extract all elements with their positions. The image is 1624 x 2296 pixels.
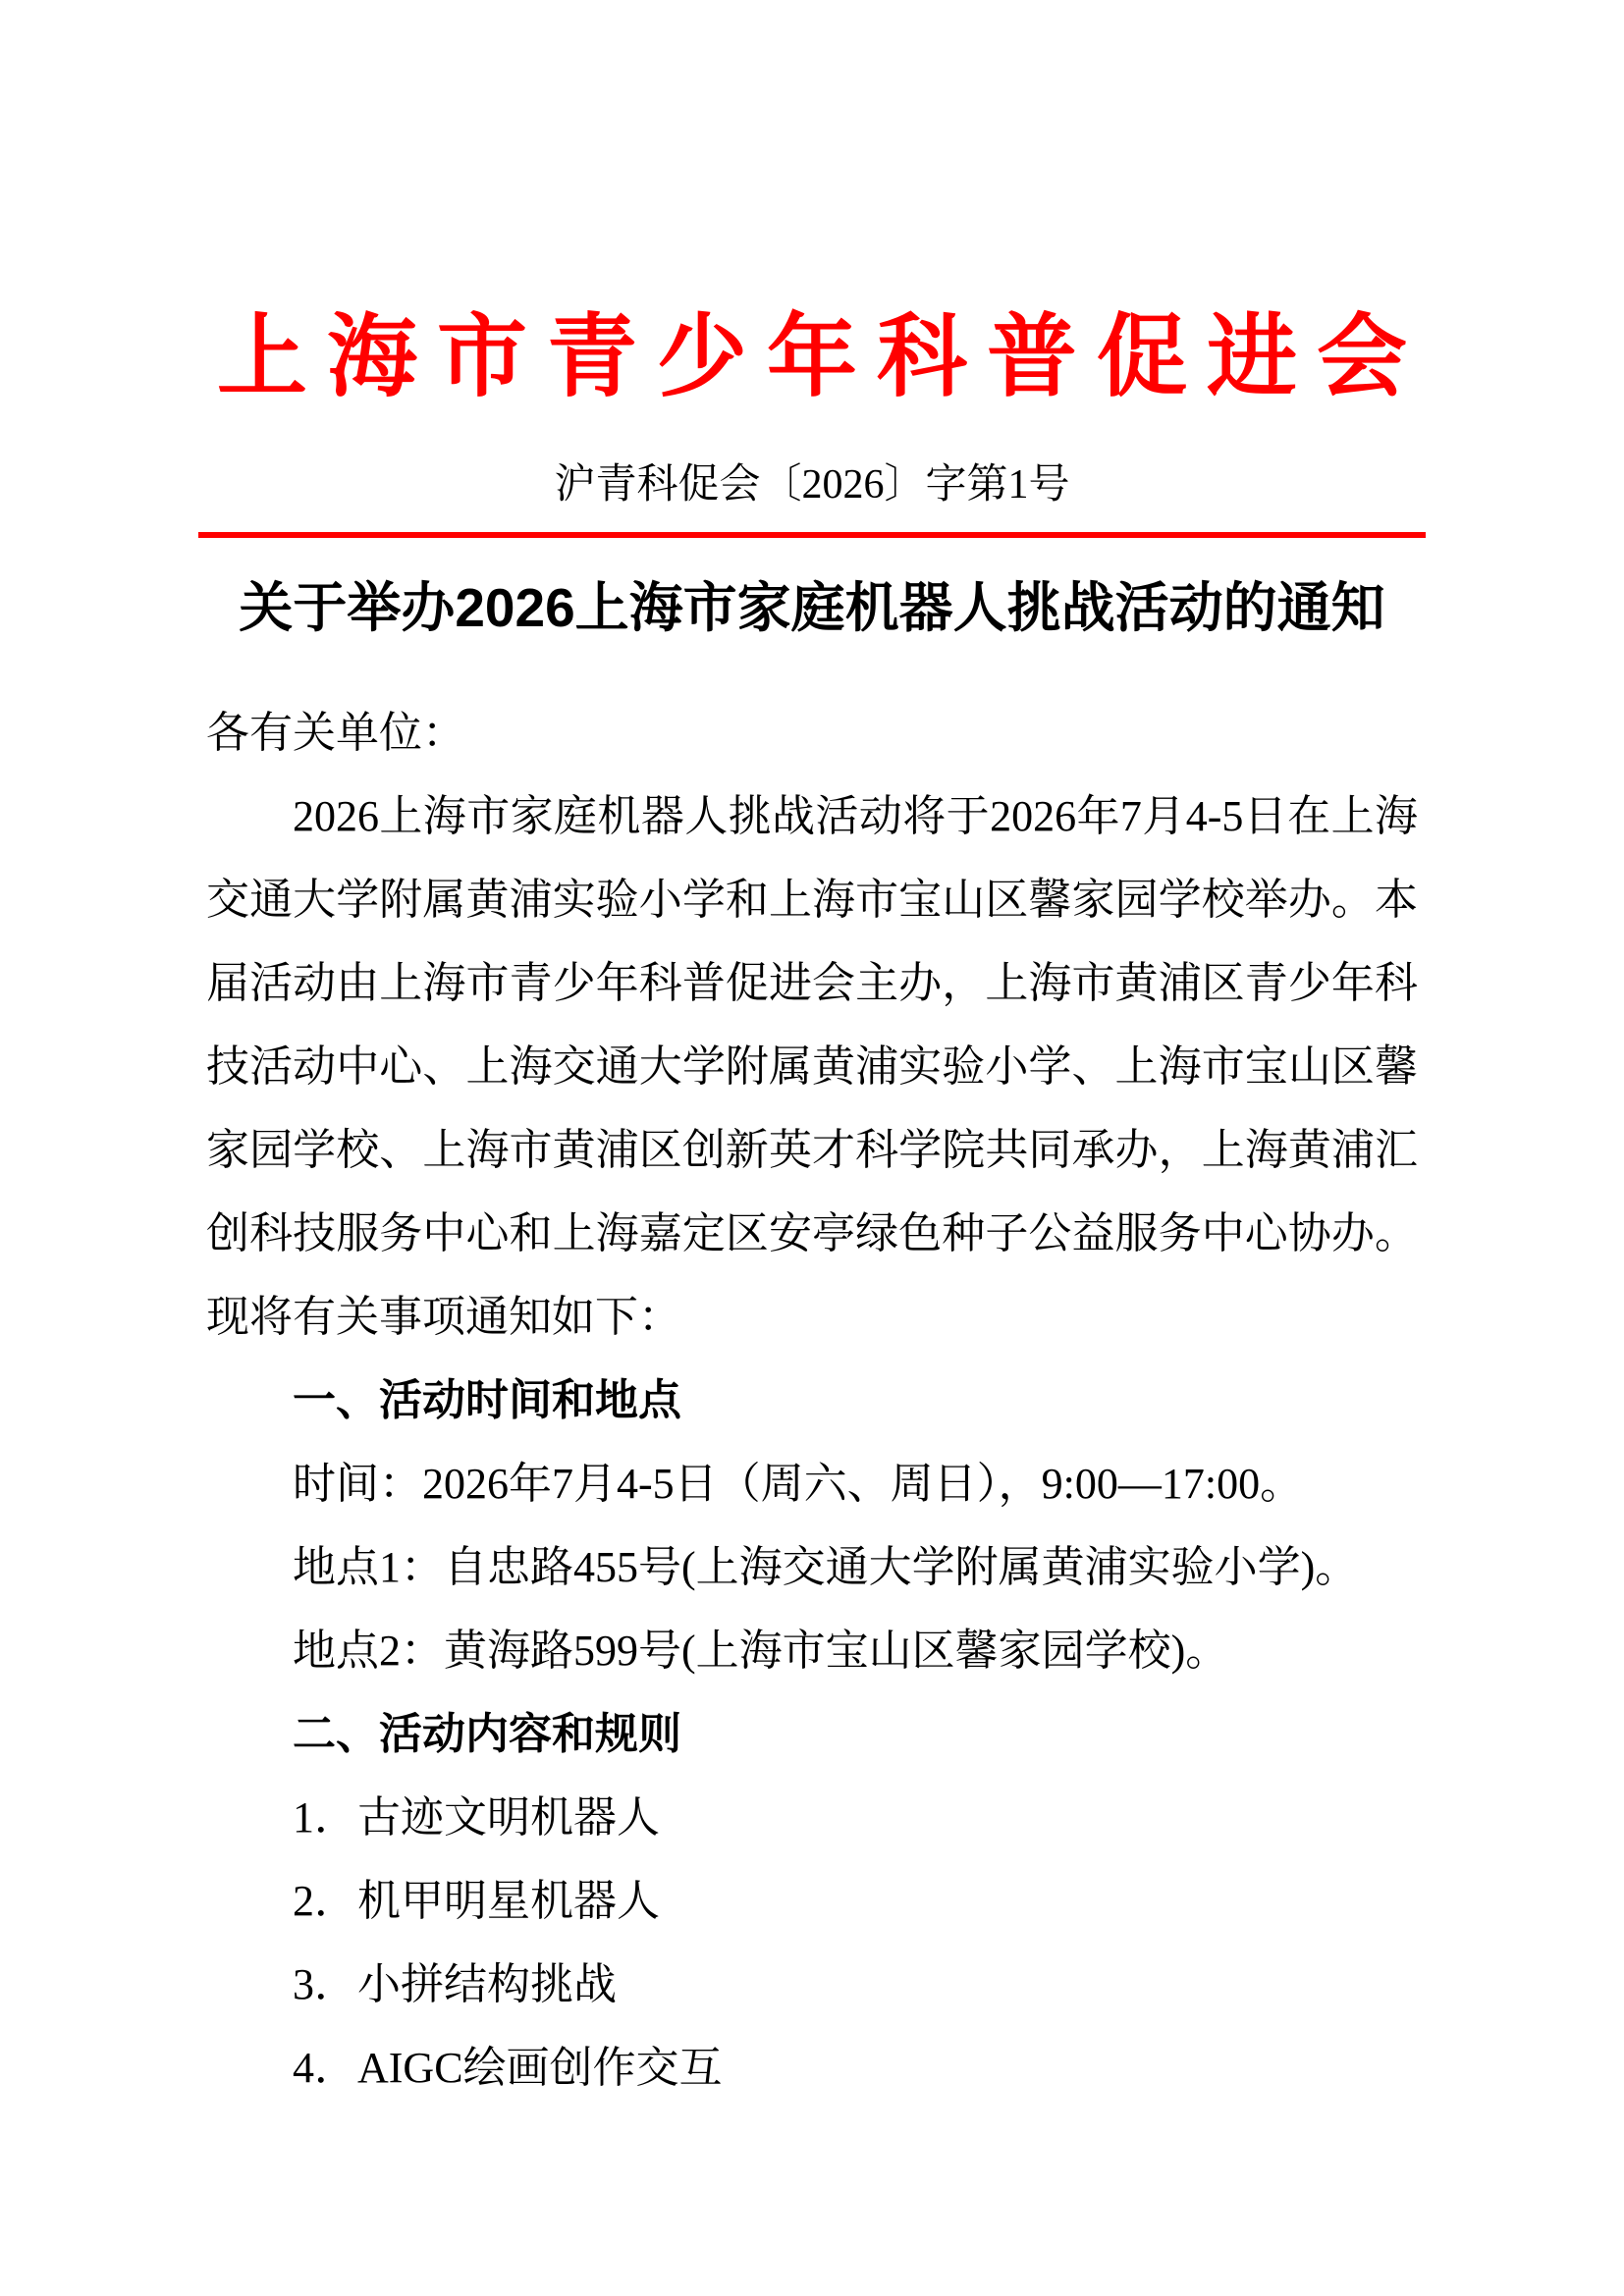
doc-number: 沪青科促会〔2026〕字第1号 (0, 461, 1624, 508)
section-1-heading: 一、活动时间和地点 (206, 1359, 1418, 1442)
section-2-item-1: 1．古迹文明机器人 (206, 1776, 1418, 1859)
notice-document-page: 上海市青少年科普促进会 沪青科促会〔2026〕字第1号 关于举办2026上海市家… (0, 0, 1624, 2296)
section-2-heading: 二、活动内容和规则 (206, 1692, 1418, 1776)
salutation: 各有关单位： (206, 691, 1418, 774)
section-1-venue2-line: 地点2：黄海路599号(上海市宝山区馨家园学校)。 (206, 1609, 1418, 1692)
section-1-time-line: 时间：2026年7月4-5日（周六、周日），9:00—17:00。 (206, 1442, 1418, 1525)
letterhead-divider-rule (198, 532, 1426, 538)
notice-title: 关于举办2026上海市家庭机器人挑战活动的通知 (0, 575, 1624, 640)
section-2-item-3: 3．小拼结构挑战 (206, 1943, 1418, 2026)
section-2-item-2: 2．机甲明星机器人 (206, 1859, 1418, 1943)
letterhead-org-name: 上海市青少年科普促进会 (0, 0, 1624, 402)
notice-body: 各有关单位： 2026上海市家庭机器人挑战活动将于2026年7月4-5日在上海交… (206, 691, 1418, 2109)
intro-paragraph: 2026上海市家庭机器人挑战活动将于2026年7月4-5日在上海交通大学附属黄浦… (206, 774, 1418, 1359)
section-2-item-4: 4．AIGC绘画创作交互 (206, 2026, 1418, 2109)
section-1-venue1-line: 地点1：自忠路455号(上海交通大学附属黄浦实验小学)。 (206, 1525, 1418, 1609)
